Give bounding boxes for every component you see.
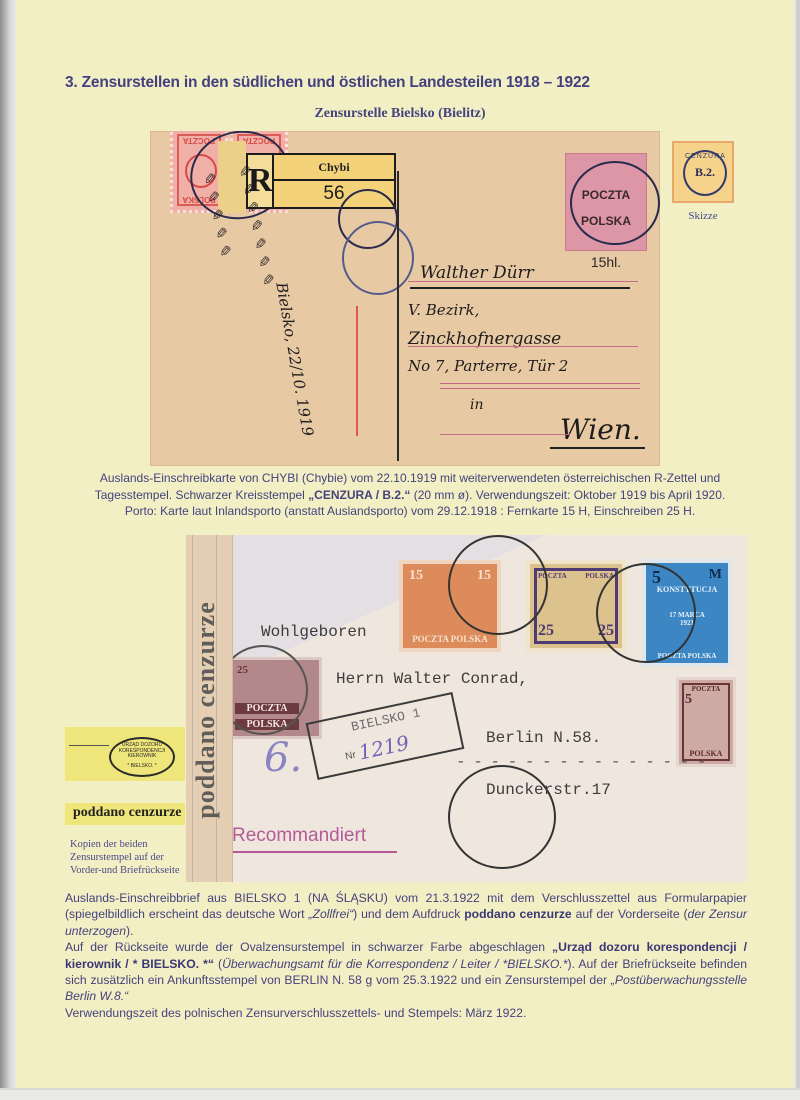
caption-postcard: Auslands-Einschreibkarte von CHYBI (Chyb… [80, 470, 740, 520]
caption-paragraph: Auslands-Einschreibbrief aus BIELSKO 1 (… [65, 890, 747, 939]
skizze-label: Skizze [672, 210, 734, 222]
kopien-note: Kopien der beiden Zensurstempel auf der … [70, 838, 190, 877]
scan-bottom-edge [0, 1088, 800, 1100]
address-street: Dunckerstr.17 [486, 781, 611, 799]
cenzura-stamp-sketch: CENZURA B.2. [683, 150, 727, 196]
censor-closure-label: poddano cenzurze [186, 535, 233, 882]
registration-box: BIELSKO 1 Nr 1219 [306, 692, 465, 780]
address-name: Herrn Walter Conrad, [336, 670, 528, 688]
poddano-cenzurze-copy: poddano cenzurze [65, 803, 185, 825]
caption-line: Porto: Karte laut Inlandsporto (anstatt … [80, 503, 740, 520]
recommandiert-underline [232, 851, 397, 853]
postmark-bielsko-top [448, 535, 548, 635]
scan-edge [0, 0, 16, 1100]
message-fragment: Bielsko, 22/10. 1919 [272, 281, 317, 438]
postmark-chybi-blue [342, 221, 414, 295]
address-line: Wien. [560, 413, 641, 446]
address-underline: - - - - - - - - - - - - - - - [456, 753, 705, 771]
oval-stamp-icon: URZĄD DOZORU KORESPONDENCJI KIEROWNIK * … [109, 737, 175, 777]
envelope-image: 15 15 POCZTA POLSKA POCZTA POLSKA 25 25 … [186, 535, 748, 882]
address-salutation: Wohlgeboren [261, 623, 367, 641]
handwritten-number: 6. [264, 735, 302, 781]
caption-line: Tagesstempel. Schwarzer Kreisstempel „CE… [80, 487, 740, 504]
postmark-indicium [570, 161, 660, 245]
skizze-box: CENZURA B.2. [672, 141, 734, 203]
caption-envelope: Auslands-Einschreibbrief aus BIELSKO 1 (… [65, 890, 747, 1021]
address-city: Berlin N.58. [486, 729, 601, 747]
address-line: Walther Dürr [420, 263, 534, 283]
postcard-image: POLSKA POCZTA POLSKA POCZTA R Chybi 56 P… [150, 131, 660, 466]
caption-paragraph: Verwendungszeit des polnischen Zensurver… [65, 1005, 747, 1021]
section-title: 3. Zensurstellen in den südlichen und ös… [65, 74, 590, 92]
oval-censor-stamp-copy: URZĄD DOZORU KORESPONDENCJI KIEROWNIK * … [65, 727, 185, 781]
address-line: No 7, Parterre, Tür 2 [408, 357, 568, 375]
caption-paragraph: Auf der Rückseite wurde der Ovalzensurst… [65, 939, 747, 1005]
address-line: V. Bezirk, [408, 301, 479, 319]
postmark-bielsko-right [596, 563, 696, 663]
subtitle: Zensurstelle Bielsko (Bielitz) [0, 106, 800, 122]
divider-line [397, 171, 399, 461]
speck [291, 1015, 293, 1017]
recommandiert-stamp: Recommandiert [232, 825, 366, 847]
red-line [356, 306, 358, 436]
caption-line: Auslands-Einschreibkarte von CHYBI (Chyb… [80, 470, 740, 487]
address-line: in [470, 397, 484, 413]
